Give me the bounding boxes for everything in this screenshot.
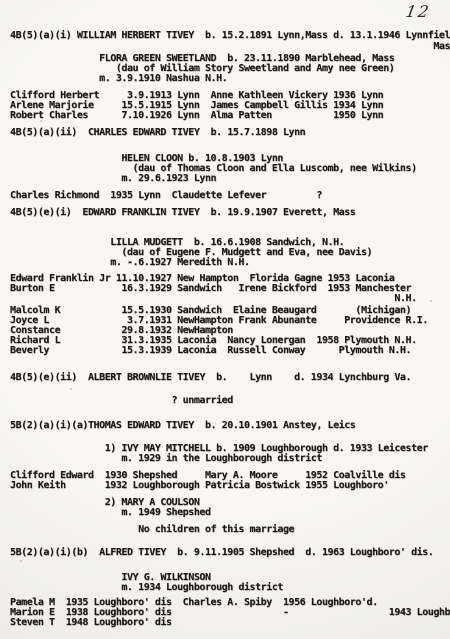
line-alfred-marriage: m. 1934 Loughborough district [10,582,283,593]
scan-speck [430,300,432,302]
scan-speck [20,560,22,562]
line-entry-william-tivey: 4B(5)(a)(i) WILLIAM HERBERT TIVEY b. 15.… [10,30,450,41]
line-entry-thomas-tivey: 5B(2)(a)(i)(a)THOMAS EDWARD TIVEY b. 20.… [10,420,355,431]
child-row-steven: Steven T 1948 Loughboro' dis [10,617,172,628]
page-number: 12 [404,2,432,21]
child-row-robert-charles: Robert Charles 7.10.1926 Lynn Alma Patte… [10,110,383,121]
line-entry-albert-tivey: 4B(5)(e)(ii) ALBERT BROWNLIE TIVEY b. Ly… [10,372,411,383]
line-thomas-marriage2: m. 1949 Shepshed [10,507,211,518]
line-entry-charles-tivey: 4B(5)(a)(ii) CHARLES EDWARD TIVEY b. 15.… [10,127,305,138]
line-william-cont-mass: Mass [10,41,450,52]
line-william-marriage: m. 3.9.1910 Nashua N.H. [10,73,227,84]
child-row-beverly: Beverly 15.3.1939 Laconia Russell Conway… [10,345,411,356]
line-edward-marriage: m. -.6.1927 Meredith N.H. [10,257,250,268]
child-row-charles-richmond: Charles Richmond 1935 Lynn Claudette Lef… [10,190,322,201]
line-charles-marriage: m. 29.6.1923 Lynn [10,173,216,184]
line-unmarried-note: ? unmarried [10,395,233,406]
line-no-children-note: No children of this marriage [10,524,294,535]
line-entry-edward-tivey: 4B(5)(e)(i) EDWARD FRANKLIN TIVEY b. 19.… [10,207,355,218]
scan-speck [40,120,42,122]
line-entry-alfred-tivey: 5B(2)(a)(i)(b) ALFRED TIVEY b. 9.11.1905… [10,547,433,558]
child-row-john-keith: John Keith 1932 Loughborough Patricia Bo… [10,480,389,491]
scanned-genealogy-page: 12 4B(5)(a)(i) WILLIAM HERBERT TIVEY b. … [0,0,450,639]
line-thomas-marriage1: m. 1929 in the Loughborough district [10,453,322,464]
line-burton-cont-nh: N.H. [10,293,417,304]
scan-speck [70,388,72,390]
